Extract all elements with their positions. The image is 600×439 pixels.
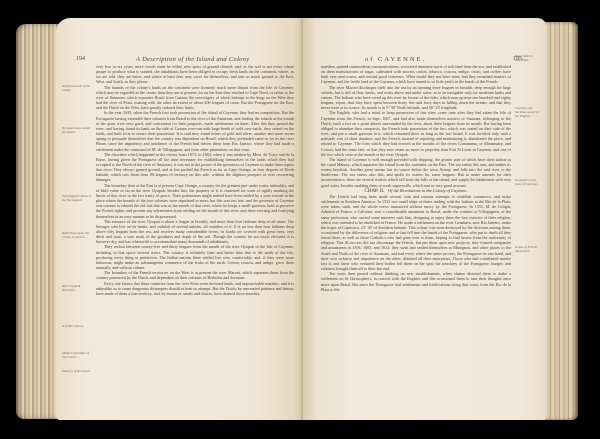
margin-note: Reflections upon the colony at present.: [62, 231, 92, 239]
paragraph: The French had long been made several va…: [321, 194, 511, 271]
margin-note: A fertile country.: [62, 324, 92, 328]
paragraph: The bounds of the colony's lands on the …: [96, 85, 294, 111]
paragraph: marshes, opened commodious communication…: [321, 64, 511, 85]
margin-note: Extravagant claims of the Portuguese.: [62, 194, 92, 202]
margin-note: Navigation and state of Cayenne.: [515, 178, 541, 186]
running-head: of CAYENNE.: [365, 56, 426, 63]
paragraph: The boundary then at the East is at pres…: [96, 183, 294, 219]
paragraph: The entrance of the river Oyapok is abou…: [96, 219, 294, 245]
paragraph: very five or six years, more woods must …: [96, 64, 294, 85]
margin-note: River Oyapok described.: [62, 284, 92, 292]
margin-note: A time of French adventures.: [515, 245, 541, 253]
running-head: A Description of the Island and Colony: [136, 56, 249, 63]
paragraph: Every one knows that these countries fro…: [96, 281, 294, 296]
paragraph: Ten years then passed without thinking o…: [321, 271, 511, 292]
open-book: 194 A Description of the Island and Colo…: [16, 18, 578, 423]
margin-note: Industry of the Dutch.: [62, 369, 92, 373]
margin-note: River Maroni described.: [515, 54, 541, 62]
left-page-body: very five or six years, more woods must …: [96, 64, 294, 296]
margin-note: By what means under the Dutch.: [62, 126, 92, 134]
right-page-body: marshes, opened commodious communication…: [321, 64, 511, 292]
margin-note: Modern boundary of the French.: [62, 351, 92, 359]
chapter-title: Of the Revolutions in the Colony of Caye…: [388, 188, 468, 193]
paragraph: The English, who had a mind to keep poss…: [321, 110, 511, 156]
margin-note: Cayenne and Surinam at war by the Englis…: [515, 106, 541, 118]
right-page-edges: [542, 22, 578, 420]
paragraph: The disorders which happened in the colo…: [96, 152, 294, 183]
paragraph: They reckon between twenty-five and thir…: [96, 244, 294, 270]
margin-note: Antient bounds of the colony.: [62, 84, 92, 92]
paragraph: The boundary of the French territories o…: [96, 270, 294, 280]
paragraph: The river Maroni discharges itself into …: [321, 85, 511, 111]
right-page: of CAYENNE. 195 River Maroni described. …: [303, 18, 547, 420]
page-number: 194: [76, 56, 85, 62]
left-page: 194 A Description of the Island and Colo…: [56, 18, 303, 420]
paragraph: In the year 1635, when the French first …: [96, 110, 294, 151]
paragraph: The island of Cayenne is well enough pro…: [321, 157, 511, 188]
